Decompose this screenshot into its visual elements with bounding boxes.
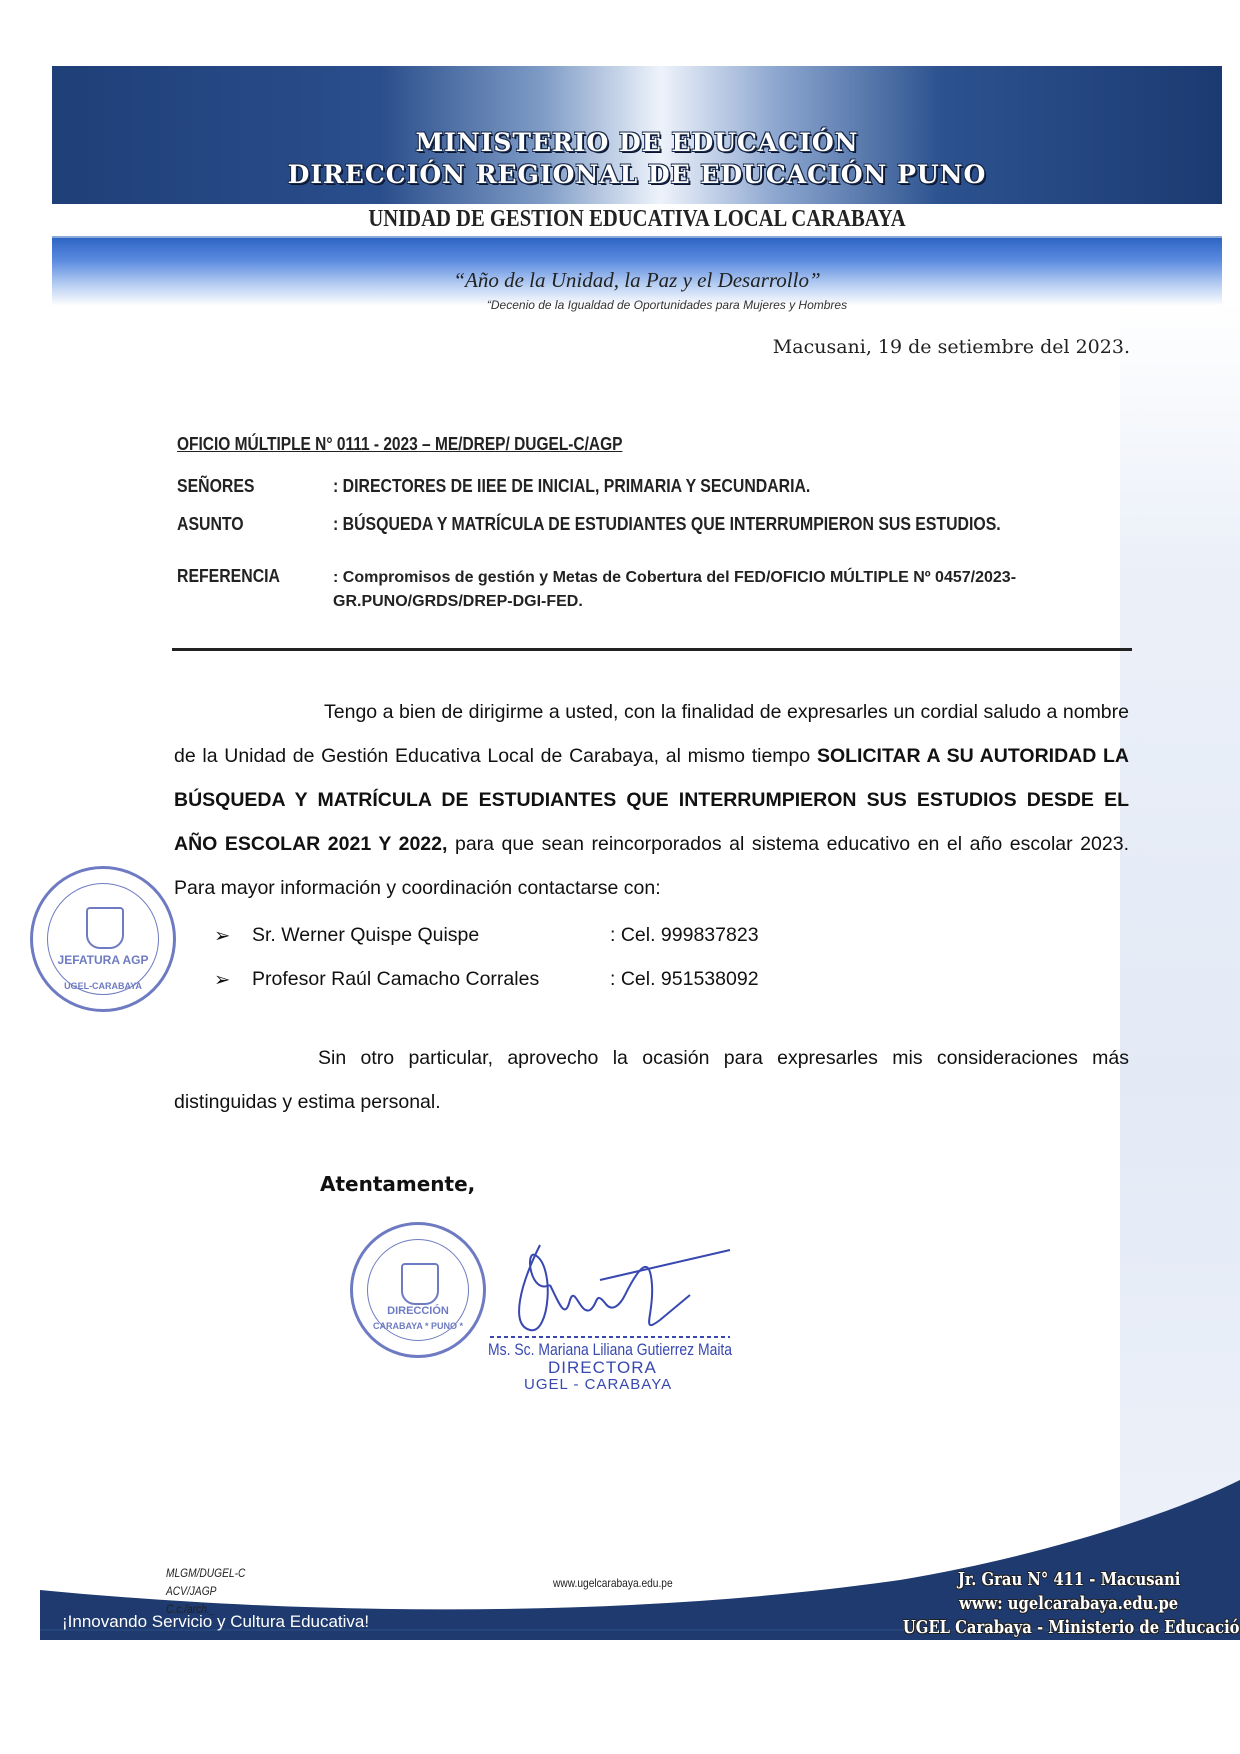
field-value: : BÚSQUEDA Y MATRÍCULA DE ESTUDIANTES QU… [333, 514, 1001, 535]
arrow-bullet-icon: ➢ [214, 924, 230, 948]
footer-slogan: ¡Innovando Servicio y Cultura Educativa! [62, 1612, 369, 1632]
closing-paragraph: Sin otro particular, aprovecho la ocasió… [174, 1036, 1129, 1124]
field-asunto: ASUNTO : BÚSQUEDA Y MATRÍCULA DE ESTUDIA… [177, 514, 337, 535]
salutation: Atentamente, [320, 1172, 475, 1196]
stamp-center-text: JEFATURA AGP [33, 953, 173, 967]
reference-code: OFICIO MÚLTIPLE N° 0111 - 2023 – ME/DREP… [177, 434, 622, 455]
jefatura-stamp: JEFATURA AGP UGEL-CARABAYA [30, 866, 176, 1012]
arrow-bullet-icon: ➢ [214, 968, 230, 992]
letter-date: Macusani, 19 de setiembre del 2023. [773, 336, 1130, 358]
initials-line: ACV/JAGP [166, 1582, 245, 1600]
signatory-name: Ms. Sc. Mariana Liliana Gutierrez Maita [488, 1340, 732, 1360]
coat-of-arms-icon [401, 1263, 439, 1305]
coat-of-arms-icon [86, 907, 124, 949]
contact-name: Profesor Raúl Camacho Corrales [252, 968, 539, 991]
footer-address: Jr. Grau N° 411 - Macusani [957, 1569, 1180, 1590]
signatory-organization: UGEL - CARABAYA [524, 1376, 672, 1393]
stamp-center-text: DIRECCIÓN [353, 1305, 483, 1317]
contact-phone: : Cel. 999837823 [610, 924, 759, 947]
field-referencia: REFERENCIA : Compromisos de gestión y Me… [177, 566, 337, 587]
year-motto: “Año de la Unidad, la Paz y el Desarroll… [52, 268, 1222, 293]
handwritten-signature [480, 1225, 780, 1345]
field-label: SEÑORES [177, 476, 318, 497]
regional-direction-title: DIRECCIÓN REGIONAL DE EDUCACIÓN PUNO [52, 160, 1222, 189]
decade-motto: “Decenio de la Igualdad de Oportunidades… [52, 298, 1222, 312]
body-paragraph: Tengo a bien de dirigirme a usted, con l… [174, 690, 1129, 910]
field-label: ASUNTO [177, 514, 318, 535]
header-divider [172, 648, 1132, 651]
signatory-role: DIRECTORA [548, 1358, 657, 1378]
stamp-bottom-text: UGEL-CARABAYA [33, 981, 173, 991]
band-divider [52, 236, 1222, 238]
field-senores: SEÑORES : DIRECTORES DE IIEE DE INICIAL,… [177, 476, 337, 497]
initials-line: MLGM/DUGEL-C [166, 1564, 245, 1582]
reference-initials: MLGM/DUGEL-C ACV/JAGP C.c./arch._ [166, 1564, 245, 1618]
direction-stamp: DIRECCIÓN CARABAYA * PUNO * [350, 1222, 486, 1358]
ministry-title: MINISTERIO DE EDUCACIÓN [52, 128, 1222, 157]
field-value: : Compromisos de gestión y Metas de Cobe… [333, 566, 1133, 614]
field-value: : DIRECTORES DE IIEE DE INICIAL, PRIMARI… [333, 476, 810, 497]
contact-phone: : Cel. 951538092 [610, 968, 759, 991]
footer-website[interactable]: www: ugelcarabaya.edu.pe [959, 1593, 1178, 1614]
footer-website-link[interactable]: www.ugelcarabaya.edu.pe [553, 1576, 673, 1590]
contact-name: Sr. Werner Quispe Quispe [252, 924, 479, 947]
unit-title: UNIDAD DE GESTION EDUCATIVA LOCAL CARABA… [134, 206, 1140, 233]
field-label: REFERENCIA [177, 566, 318, 587]
footer-institution: UGEL Carabaya - Ministerio de Educació [903, 1617, 1240, 1638]
stamp-bottom-text: CARABAYA * PUNO * [353, 1321, 483, 1331]
background-watermark [1120, 300, 1240, 1600]
